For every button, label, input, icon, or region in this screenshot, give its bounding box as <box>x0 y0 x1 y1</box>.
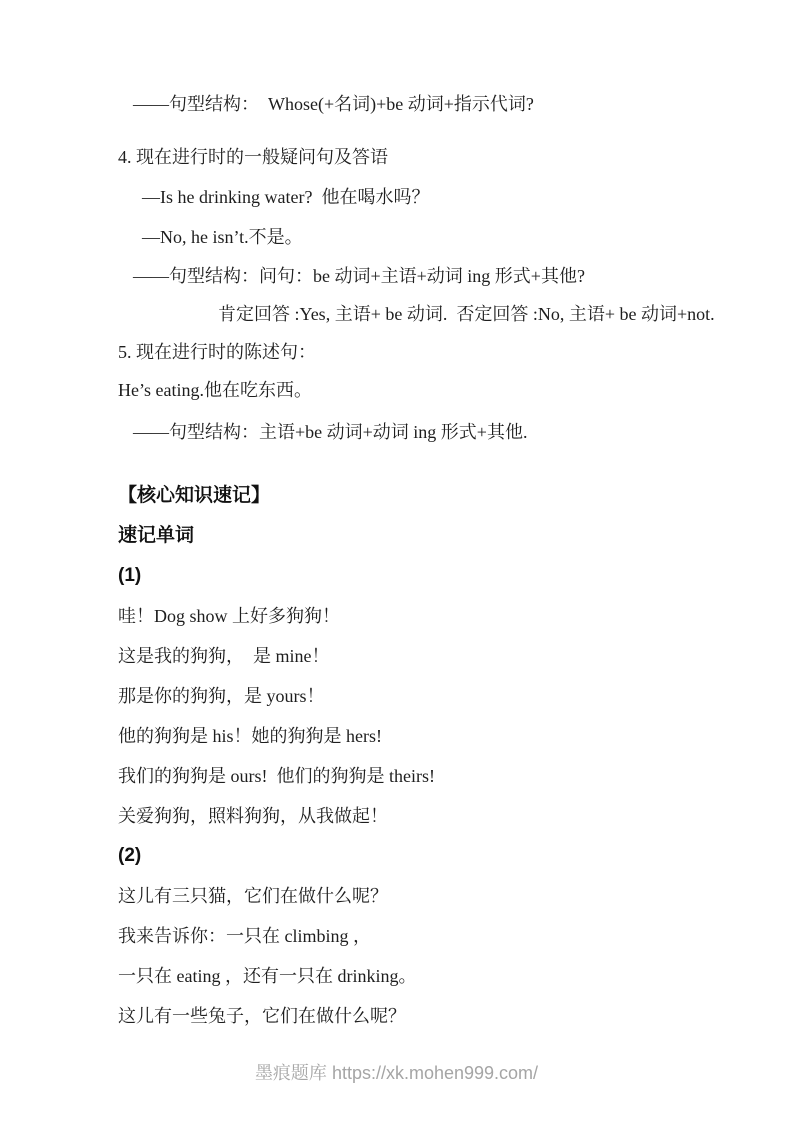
mnemonic-line: 这是我的狗狗， 是 mine！ <box>118 636 733 676</box>
document-page: ——句型结构： Whose(+名词)+be 动词+指示代词? 4. 现在进行时的… <box>0 0 793 1122</box>
watermark-footer: 墨痕题库 https://xk.mohen999.com/ <box>0 1060 793 1086</box>
mnemonic-line: 一只在 eating ，还有一只在 drinking。 <box>118 956 733 996</box>
mnemonic-line: 这儿有一些兔子，它们在做什么呢？ <box>118 996 733 1036</box>
sentence-structure-line: ——句型结构： Whose(+名词)+be 动词+指示代词? <box>133 84 733 124</box>
mnemonic-line: 哇！Dog show 上好多狗狗！ <box>118 596 733 636</box>
sentence-structure-line: ——句型结构：主语+be 动词+动词 ing 形式+其他. <box>133 412 733 452</box>
watermark-text: 墨痕题库 https://xk.mohen999.com/ <box>255 1063 538 1083</box>
list-number-1: (1) <box>118 556 733 596</box>
answer-pattern-line: 肯定回答 :Yes, 主语+ be 动词. 否定回答 :No, 主语+ be 动… <box>218 295 733 333</box>
numbered-item-5: 5. 现在进行时的陈述句： <box>118 333 733 371</box>
numbered-item-4: 4. 现在进行时的一般疑问句及答语 <box>118 137 733 177</box>
mnemonic-line: 关爱狗狗，照料狗狗，从我做起！ <box>118 796 733 836</box>
list-number-2: (2) <box>118 836 733 876</box>
mnemonic-line: 这儿有三只猫，它们在做什么呢？ <box>118 876 733 916</box>
document-body: ——句型结构： Whose(+名词)+be 动词+指示代词? 4. 现在进行时的… <box>118 84 733 1036</box>
subsection-heading-words: 速记单词 <box>118 516 733 556</box>
mnemonic-line: 他的狗狗是 his！她的狗狗是 hers! <box>118 716 733 756</box>
mnemonic-line: 那是你的狗狗，是 yours！ <box>118 676 733 716</box>
example-sentence-line: He’s eating.他在吃东西。 <box>118 371 733 409</box>
dialog-answer-line: —No, he isn’t.不是。 <box>142 217 733 257</box>
mnemonic-line: 我来告诉你：一只在 climbing ， <box>118 916 733 956</box>
sentence-structure-line: ——句型结构：问句：be 动词+主语+动词 ing 形式+其他? <box>133 257 733 295</box>
mnemonic-line: 我们的狗狗是 ours! 他们的狗狗是 theirs! <box>118 756 733 796</box>
dialog-question-line: —Is he drinking water? 他在喝水吗？ <box>142 177 733 217</box>
section-heading-core-knowledge: 【核心知识速记】 <box>118 476 733 516</box>
